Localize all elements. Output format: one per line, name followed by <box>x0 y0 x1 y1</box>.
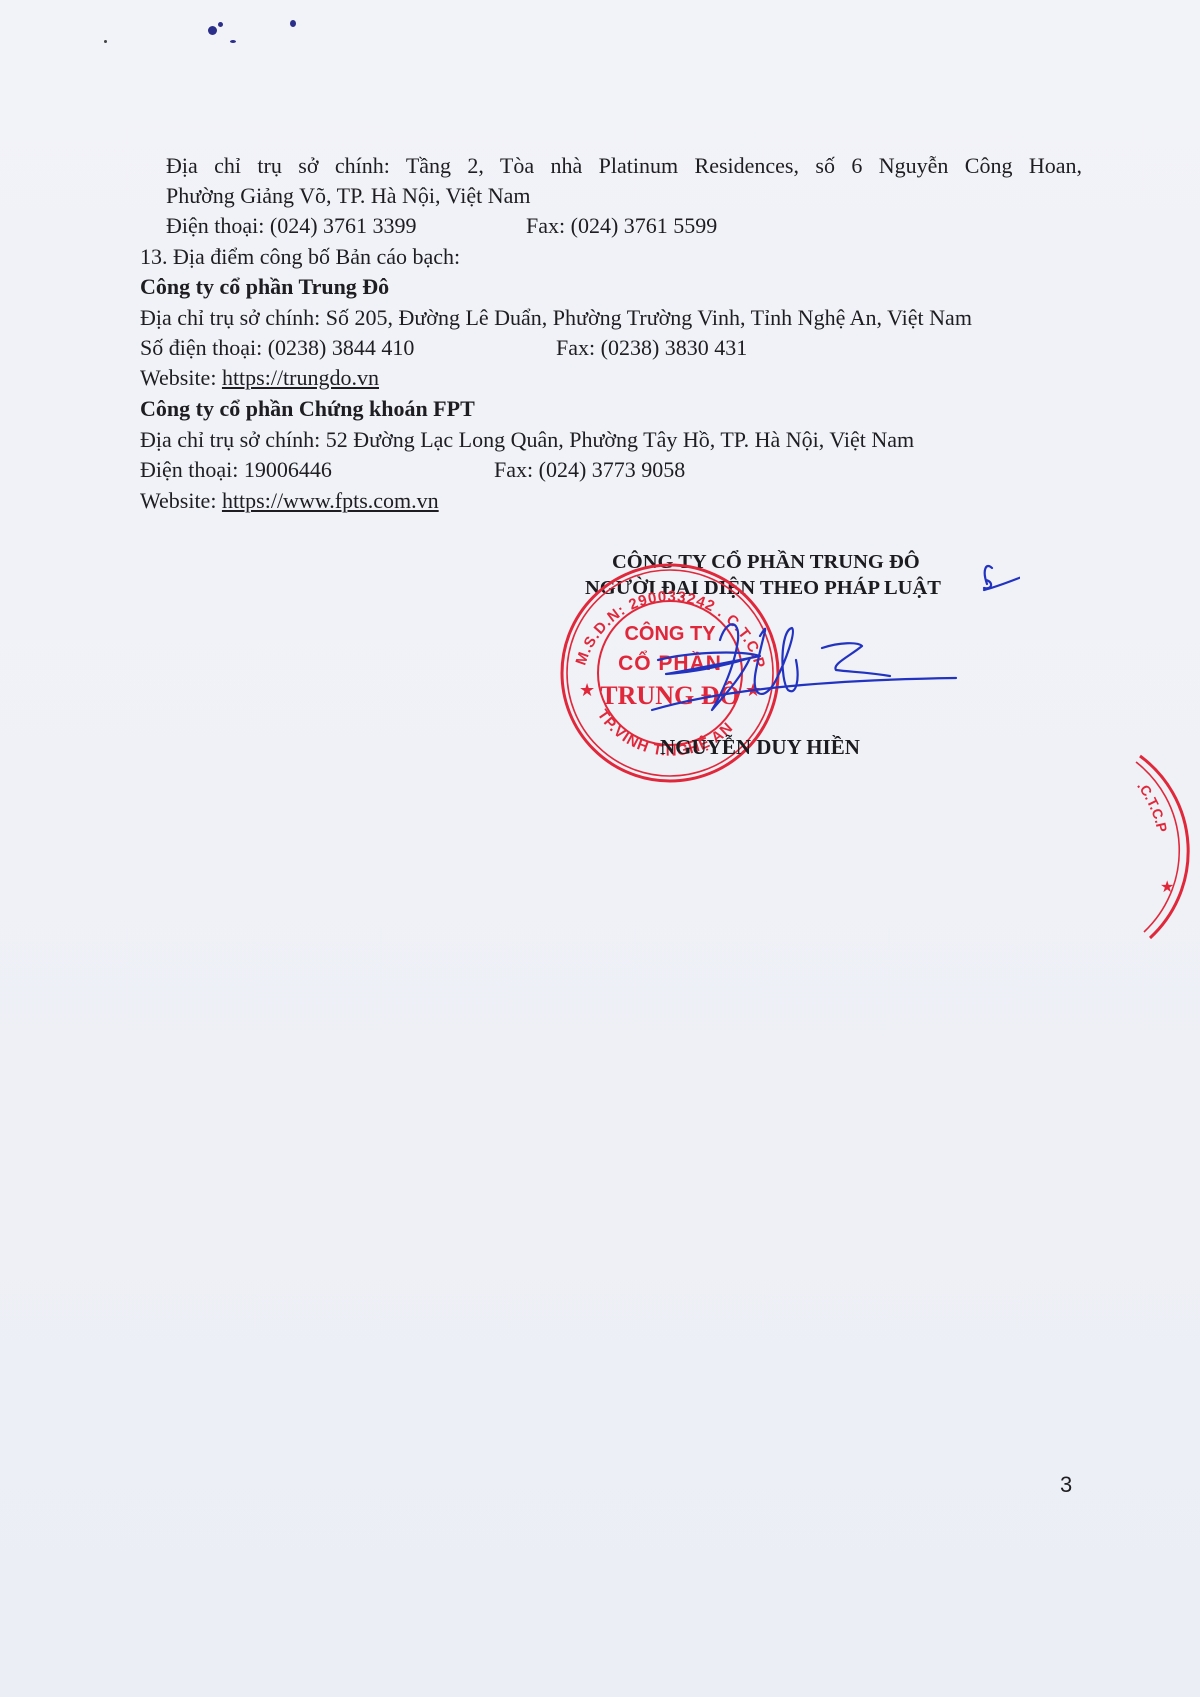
stamp-ring-top-text: M.S.D.N: 290033242 . C.T.C.P <box>573 588 769 671</box>
scan-speck <box>230 40 236 43</box>
website-label: Website: <box>140 488 222 513</box>
company-name-trung-do: Công ty cổ phần Trung Đô <box>140 274 389 300</box>
svg-text:.C.T.C.P: .C.T.C.P <box>1134 778 1170 834</box>
stamp-star-icon: ★ <box>745 680 761 700</box>
company-name-fpts: Công ty cổ phần Chứng khoán FPT <box>140 396 475 422</box>
website-link-trung-do[interactable]: https://trungdo.vn <box>222 365 379 390</box>
website-label: Website: <box>140 365 222 390</box>
scan-speck <box>104 40 107 43</box>
stamp-line-1: CÔNG TY <box>624 621 716 645</box>
company-phone-trung-do: Số điện thoại: (0238) 3844 410 <box>140 335 414 361</box>
signature-role-title: NGƯỜI ĐẠI DIỆN THEO PHÁP LUẬT <box>585 576 941 600</box>
document-page: Địa chỉ trụ sở chính: Tầng 2, Tòa nhà Pl… <box>0 0 1200 1697</box>
signature-company-title: CÔNG TY CỔ PHẦN TRUNG ĐÔ <box>612 550 920 574</box>
stamp-star-icon: ★ <box>579 680 595 700</box>
signer-name: NGUYỄN DUY HIỀN <box>660 735 860 760</box>
intro-address-line-1: Địa chỉ trụ sở chính: Tầng 2, Tòa nhà Pl… <box>166 153 1082 179</box>
section-13-heading: 13. Địa điểm công bố Bản cáo bạch: <box>140 244 460 270</box>
scan-speck <box>208 26 217 35</box>
scan-speck <box>290 20 296 27</box>
svg-text:M.S.D.N: 290033242 . C.T.C.P: M.S.D.N: 290033242 . C.T.C.P <box>573 588 769 671</box>
intro-phone: Điện thoại: (024) 3761 3399 <box>166 213 417 239</box>
company-fax-trung-do: Fax: (0238) 3830 431 <box>556 335 747 361</box>
intro-address-line-2: Phường Giảng Võ, TP. Hà Nội, Việt Nam <box>166 183 530 209</box>
scan-speck <box>218 22 223 27</box>
partial-stamp-text: .C.T.C.P <box>1134 778 1170 834</box>
company-phone-fpts: Điện thoại: 19006446 <box>140 457 332 483</box>
partial-stamp-edge: .C.T.C.P ★ <box>1110 748 1200 948</box>
stamp-star-icon: ★ <box>1160 879 1174 896</box>
company-address-fpts: Địa chỉ trụ sở chính: 52 Đường Lạc Long … <box>140 427 914 453</box>
company-address-trung-do: Địa chỉ trụ sở chính: Số 205, Đường Lê D… <box>140 305 972 331</box>
stamp-line-2: CỔ PHẦN <box>618 651 722 675</box>
website-link-fpts[interactable]: https://www.fpts.com.vn <box>222 488 439 513</box>
page-number: 3 <box>1060 1472 1072 1498</box>
company-website-row-fpts: Website: https://www.fpts.com.vn <box>140 488 439 514</box>
company-fax-fpts: Fax: (024) 3773 9058 <box>494 457 685 483</box>
stamp-line-3: TRUNG ĐÔ <box>600 681 739 710</box>
company-website-row-trung-do: Website: https://trungdo.vn <box>140 365 379 391</box>
intro-fax: Fax: (024) 3761 5599 <box>526 213 717 239</box>
